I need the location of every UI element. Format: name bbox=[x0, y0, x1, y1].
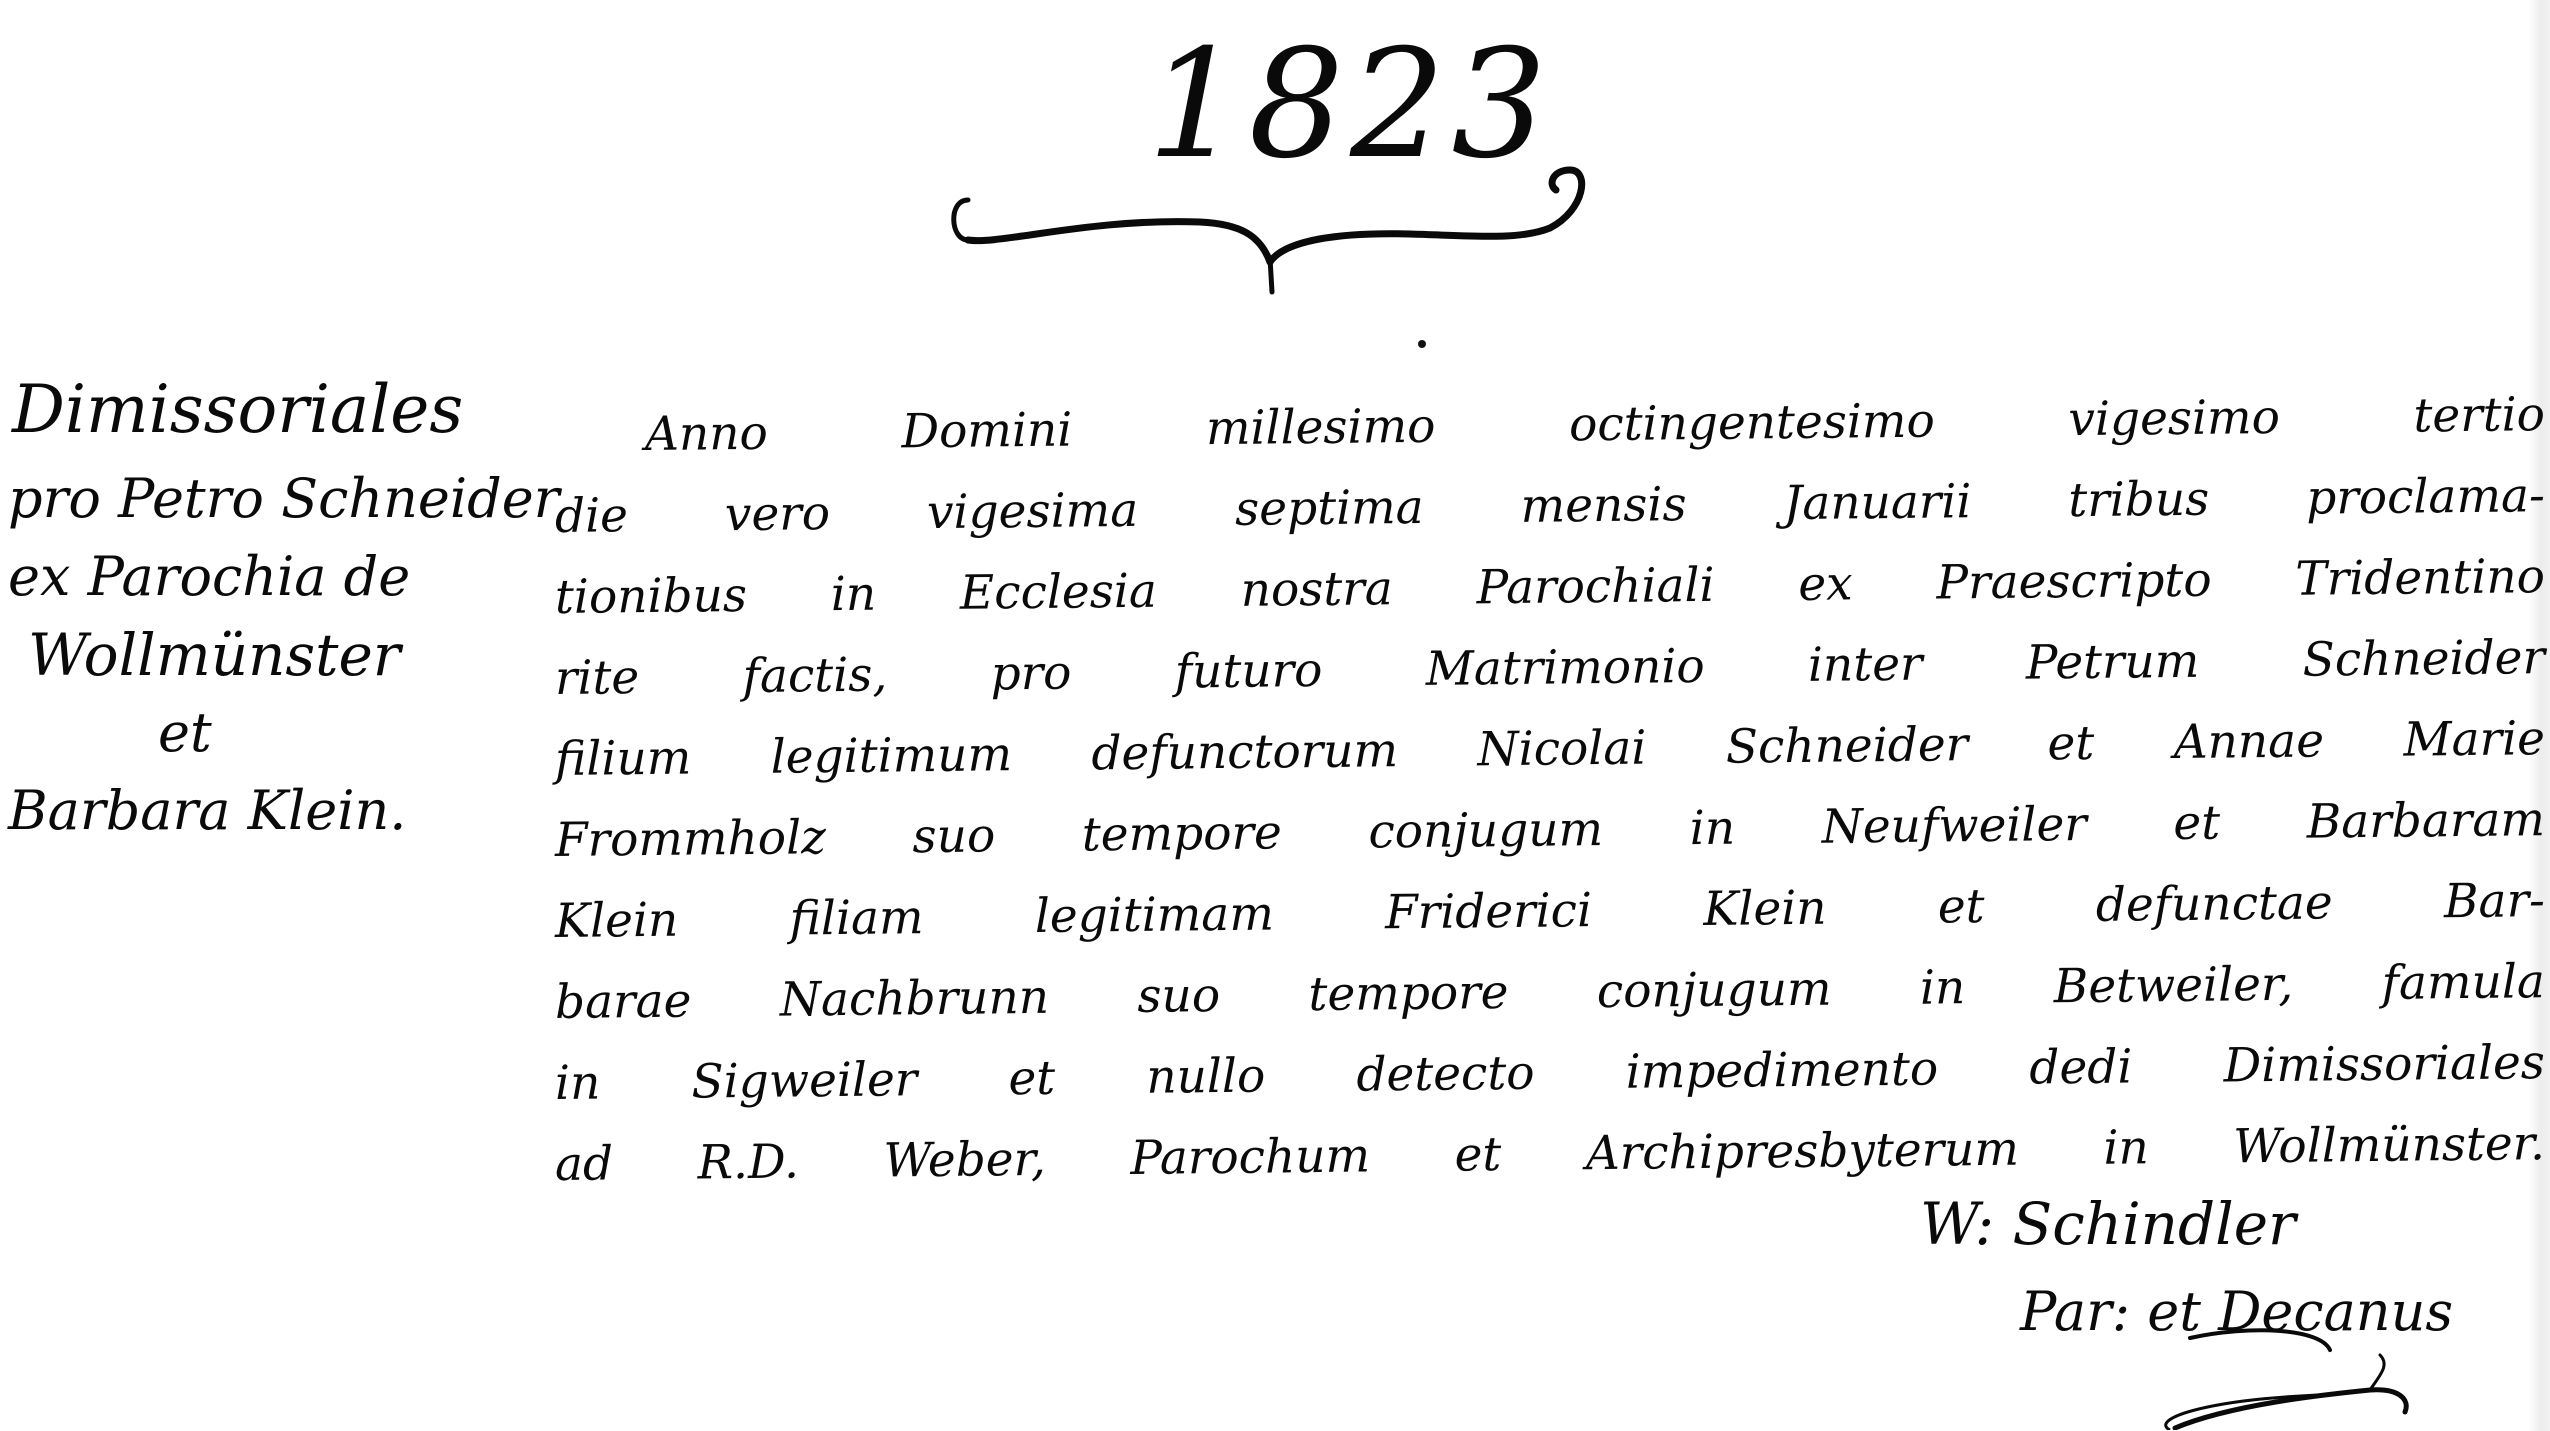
ink-dot bbox=[1418, 340, 1426, 348]
margin-title: Dimissoriales bbox=[8, 360, 548, 460]
margin-line: Wollmünster bbox=[8, 616, 548, 694]
signature-block: W: Schindler Par: et Decanus bbox=[1900, 1150, 2540, 1430]
margin-line: et bbox=[8, 694, 548, 772]
signature-flourish-icon bbox=[1900, 1150, 2540, 1430]
entry-body: Anno Domini millesimo octingentesimo vig… bbox=[555, 395, 2545, 1205]
margin-line: ex Parochia de bbox=[8, 538, 548, 616]
register-page: 1823 Dimissoriales pro Petro Schneider e… bbox=[0, 0, 2550, 1431]
flourish-bracket-icon bbox=[940, 140, 1600, 310]
margin-note: Dimissoriales pro Petro Schneider ex Par… bbox=[8, 360, 548, 850]
margin-line: pro Petro Schneider bbox=[8, 460, 548, 538]
margin-line: Barbara Klein. bbox=[8, 772, 548, 850]
